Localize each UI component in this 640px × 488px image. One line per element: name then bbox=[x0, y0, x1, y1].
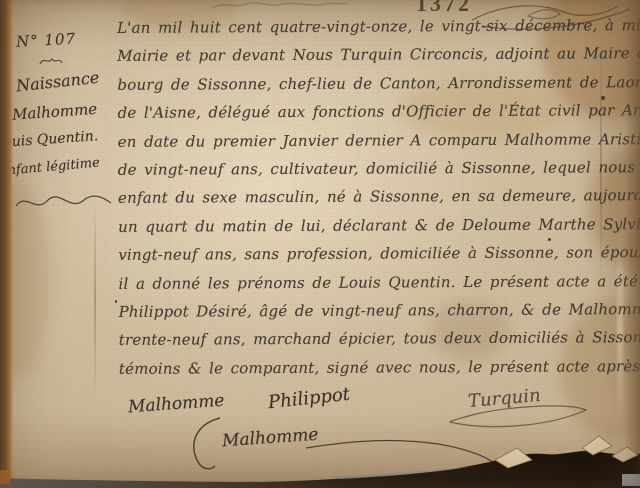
act-number: N° 107 bbox=[15, 25, 120, 52]
act-body: L'an mil huit cent quatre-vingt-onze, le… bbox=[117, 10, 640, 383]
body-line: témoins & le comparant, signé avec nous,… bbox=[119, 351, 640, 383]
cut-off-handwriting-top bbox=[210, 0, 350, 10]
margin-naissance: Naissance bbox=[15, 65, 121, 98]
body-line: vingt-neuf ans, sans profession, domicil… bbox=[118, 237, 640, 269]
margin-bracket-flourish bbox=[14, 188, 114, 216]
page-right-shadow bbox=[624, 0, 640, 488]
body-line: trente-neuf ans, marchand épicier, tous … bbox=[119, 322, 640, 354]
body-line: Mairie et par devant Nous Turquin Circon… bbox=[117, 39, 640, 71]
body-line: Philippot Désiré, âgé de vingt-neuf ans,… bbox=[119, 294, 640, 326]
margin-legitimacy: Enfant légitime bbox=[0, 151, 121, 184]
photographed-register-page: 1372 N° 107 Naissance Malhomme Louis Que… bbox=[0, 0, 640, 488]
body-line: L'an mil huit cent quatre-vingt-onze, le… bbox=[117, 10, 640, 42]
margin-surname: Malhomme bbox=[11, 96, 120, 125]
body-line: en date du premier Janvier dernier A com… bbox=[118, 124, 640, 156]
margin-annotations: N° 107 Naissance Malhomme Louis Quentin.… bbox=[16, 28, 120, 216]
margin-firstnames: Louis Quentin. bbox=[0, 124, 121, 155]
body-line: un quart du matin de lui, déclarant & de… bbox=[118, 209, 640, 241]
body-line: bourg de Sissonne, chef-lieu de Canton, … bbox=[117, 67, 640, 99]
body-line: de vingt-neuf ans, cultivateur, domicili… bbox=[118, 152, 640, 184]
torn-bottom-edge bbox=[0, 430, 640, 488]
margin-flourish bbox=[38, 54, 64, 68]
book-spine-edge bbox=[0, 0, 13, 488]
body-line: il a donné les prénoms de Louis Quentin.… bbox=[118, 266, 640, 298]
body-line: de l'Aisne, délégué aux fonctions d'Offi… bbox=[117, 95, 640, 127]
body-line: enfant du sexe masculin, né à Sissonne, … bbox=[118, 180, 640, 212]
